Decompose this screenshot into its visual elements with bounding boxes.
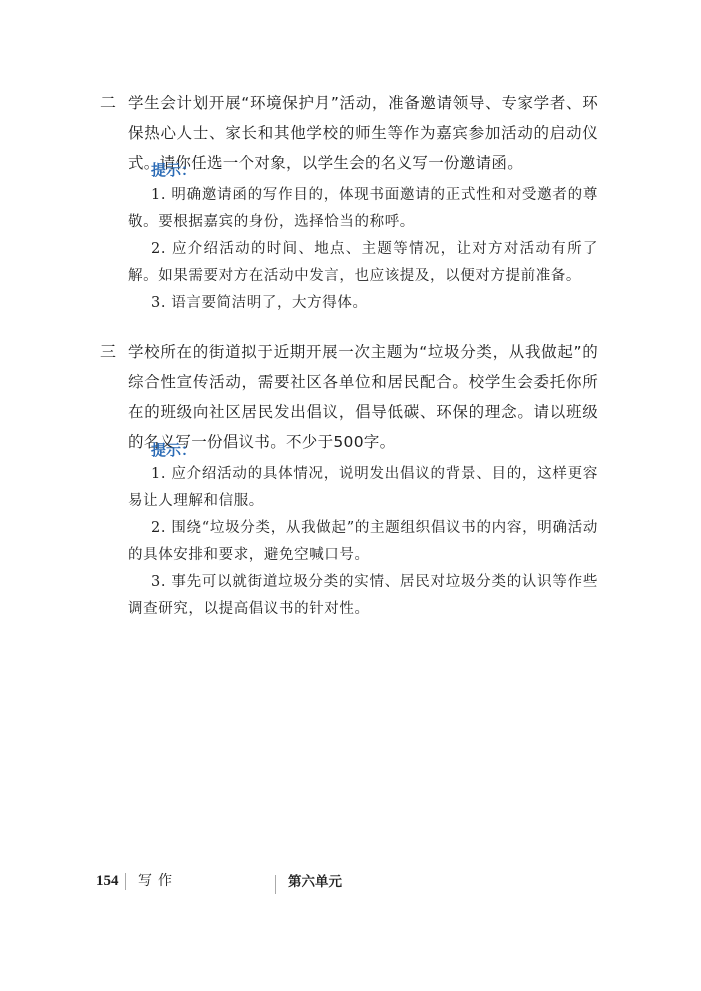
task-prompt: 学校所在的街道拟于近期开展一次主题为“垃圾分类，从我做起”的综合性宣传活动，需要…	[128, 337, 598, 457]
hint-label: 提示：	[151, 158, 196, 182]
page-footer: 154 写作 第六单元	[0, 870, 701, 892]
hint-item: 2. 围绕“垃圾分类，从我做起”的主题组织倡议书的内容，明确活动的具体安排和要求…	[128, 515, 598, 569]
footer-divider	[125, 873, 126, 890]
footer-unit-name: 第六单元	[288, 871, 342, 893]
footer-section-name: 写作	[138, 870, 178, 892]
footer-divider	[275, 875, 276, 894]
textbook-page: 二 学生会计划开展“环境保护月”活动，准备邀请领导、专家学者、环保热心人士、家长…	[0, 0, 701, 991]
section-number: 二	[100, 88, 116, 118]
hint-item: 3. 事先可以就街道垃圾分类的实情、居民对垃圾分类的认识等作些调查研究，以提高倡…	[128, 569, 598, 623]
hint-item: 2. 应介绍活动的时间、地点、主题等情况，让对方对活动有所了解。如果需要对方在活…	[128, 236, 598, 290]
page-number: 154	[96, 870, 119, 892]
task-prompt: 学生会计划开展“环境保护月”活动，准备邀请领导、专家学者、环保热心人士、家长和其…	[128, 88, 598, 178]
hint-item: 3. 语言要简洁明了，大方得体。	[128, 290, 598, 317]
hint-item: 1. 应介绍活动的具体情况，说明发出倡议的背景、目的，这样更容易让人理解和信服。	[128, 461, 598, 515]
section-number: 三	[100, 337, 116, 367]
hint-item: 1. 明确邀请函的写作目的，体现书面邀请的正式性和对受邀者的尊敬。要根据嘉宾的身…	[128, 182, 598, 236]
hint-label: 提示：	[151, 438, 196, 462]
